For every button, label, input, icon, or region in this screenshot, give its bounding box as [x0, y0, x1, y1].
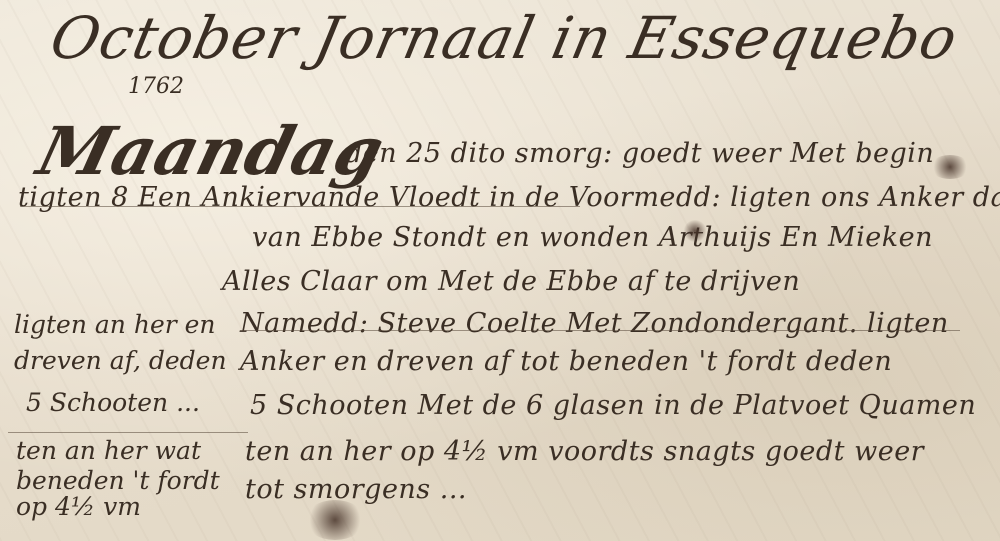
strike-rule [20, 206, 580, 207]
strike-rule [240, 330, 960, 331]
margin-note-1: ligten an her en [14, 310, 216, 339]
text-line-3: van Ebbe Stondt en wonden Arthuijs En Mi… [252, 222, 933, 253]
ink-blot [305, 500, 365, 540]
entry-heading: Maandag [30, 112, 391, 190]
margin-note-6: op 4½ vm [16, 492, 141, 521]
ink-blot [683, 220, 707, 242]
text-line-2: tigten 8 Een Ankiervande Vloedt in de Vo… [18, 182, 1000, 213]
journal-title: October Jornaal in Essequebo [45, 4, 964, 72]
year-label: 1762 [128, 74, 184, 99]
margin-note-3: 5 Schooten ... [26, 388, 200, 417]
text-line-8: ten an her op 4½ vm voordts snagts goedt… [245, 436, 924, 467]
text-line-6: Anker en dreven af tot beneden 't fordt … [240, 346, 892, 377]
text-line-1: den 25 dito smorg: goedt weer Met begin [345, 138, 934, 169]
ink-blot [930, 155, 970, 179]
text-line-7: 5 Schooten Met de 6 glasen in de Platvoe… [250, 390, 976, 421]
text-line-9: tot smorgens ... [245, 474, 467, 505]
manuscript-page: October Jornaal in Essequebo 1762 Maanda… [0, 0, 1000, 541]
text-line-5: Namedd: Steve Coelte Met Zondondergant. … [240, 308, 949, 339]
margin-note-2: dreven af, deden [14, 346, 227, 375]
margin-note-5: beneden 't fordt [16, 466, 220, 495]
margin-note-4: ten an her wat [16, 436, 201, 465]
strike-rule [8, 432, 248, 433]
text-line-4: Alles Claar om Met de Ebbe af te drijven [222, 266, 800, 297]
